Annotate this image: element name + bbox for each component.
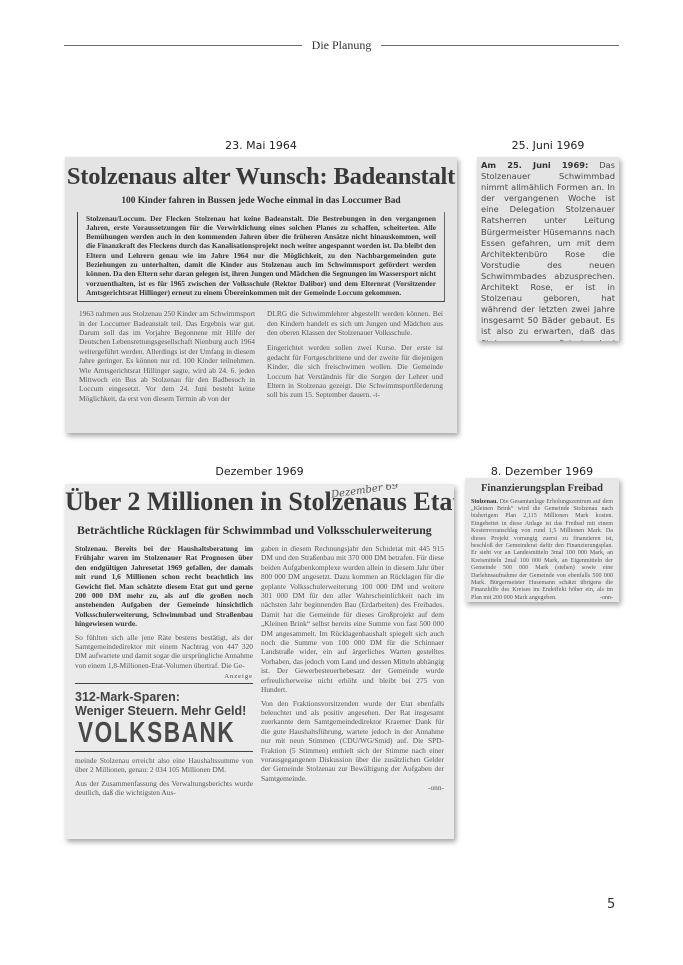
advertisement-label: Anzeige <box>75 672 253 681</box>
page-number: 5 <box>607 897 615 912</box>
clipping-1-paragraph: 1963 nahmen aus Stolzenau 250 Kinder am … <box>79 309 255 403</box>
volksbank-advertisement: 312-Mark-Sparen: Weniger Steuern. Mehr G… <box>75 683 253 752</box>
clipping-2-text: Das Stolzenauer Schwimmbad nimmt allmähl… <box>481 160 615 341</box>
ad-line-1: 312-Mark-Sparen: <box>75 690 253 704</box>
clipping-4-body: Stolzenau. Die Gesamtanlage Erholungszen… <box>465 495 619 603</box>
clipping-2-lead: Am 25. Juni 1969: <box>481 160 588 170</box>
clipping-1-columns: 1963 nahmen aus Stolzenau 250 Kinder am … <box>65 302 457 403</box>
clipping-3-paragraph: Von den Fraktionsvorsitzenden wurde der … <box>261 699 444 784</box>
running-head-rule-right <box>381 45 619 46</box>
clipping-1-subhead: 100 Kinder fahren in Bussen jede Woche e… <box>65 196 457 206</box>
clipping-3-headline-wrap: Über 2 Millionen in Stolzenaus Etat Deze… <box>65 489 454 515</box>
clipping-4-headline: Finanzierungsplan Freibad <box>465 484 619 495</box>
clipping-1-paragraph: Eingerichtet werden sollen zwei Kurse. D… <box>267 343 443 399</box>
clipping-4-newspaper-article: Finanzierungsplan Freibad Stolzenau. Die… <box>465 478 619 602</box>
clipping-3-paragraph: Stolzenau. Bereits bei der Haushaltsbera… <box>75 544 253 629</box>
clipping-1-paragraph: DLRG die Schwimmlehrer abgestellt werden… <box>267 309 443 337</box>
running-head: Die Planung <box>64 36 619 54</box>
clipping-3-paragraph: gaben in diesem Rechnungsjahr den Schule… <box>261 544 444 695</box>
clipping-4-signature: -onn- <box>600 595 613 602</box>
clipping-4-lead: Stolzenau. <box>471 499 498 505</box>
clipping-2-date-caption: 25. Juni 1969 <box>477 139 619 152</box>
clipping-1-intro-text: Stolzenau/Loccum. Der Flecken Stolzenau … <box>86 214 436 298</box>
ad-brand-name: VOLKSBANK <box>78 721 235 745</box>
clipping-3-paragraph: meinde Stolzenau erreicht also eine Haus… <box>75 756 253 775</box>
clipping-1-column-left: 1963 nahmen aus Stolzenau 250 Kinder am … <box>79 309 255 403</box>
clipping-4-date-caption: 8. Dezember 1969 <box>465 465 619 478</box>
clipping-2-newspaper-article: Am 25. Juni 1969: Das Stolzenauer Schwim… <box>477 157 619 341</box>
running-head-rule-left <box>64 45 302 46</box>
clipping-3-signature: -onn- <box>261 783 444 792</box>
clipping-3-date-caption: Dezember 1969 <box>65 465 454 478</box>
clipping-3-columns: Stolzenau. Bereits bei der Haushaltsbera… <box>65 538 454 797</box>
clipping-3-paragraph: Aus der Zusammenfassung des Verwaltungsb… <box>75 779 253 798</box>
ad-brand: VOLKSBANK <box>75 721 253 745</box>
clipping-1-headline: Stolzenaus alter Wunsch: Badeanstalt <box>65 165 457 190</box>
clipping-1-column-right: DLRG die Schwimmlehrer abgestellt werden… <box>267 309 443 403</box>
clipping-4-text: Die Gesamtanlage Erholungszentrum auf de… <box>471 499 613 601</box>
clipping-1-date-caption: 23. Mai 1964 <box>65 139 457 152</box>
running-head-title: Die Planung <box>312 38 372 53</box>
clipping-3-paragraph: So fühlten sich alle jene Räte bestens b… <box>75 633 253 671</box>
clipping-3-column-right: gaben in diesem Rechnungsjahr den Schule… <box>261 544 444 797</box>
clipping-1-newspaper-article: Stolzenaus alter Wunsch: Badeanstalt 100… <box>65 157 457 433</box>
clipping-3-newspaper-article: Über 2 Millionen in Stolzenaus Etat Deze… <box>65 484 454 839</box>
ad-line-2: Weniger Steuern. Mehr Geld! <box>75 704 253 718</box>
clipping-1-intro-box: Stolzenau/Loccum. Der Flecken Stolzenau … <box>77 212 445 303</box>
clipping-3-column-left: Stolzenau. Bereits bei der Haushaltsbera… <box>75 544 253 797</box>
clipping-3-subhead: Beträchtliche Rücklagen für Schwimmbad u… <box>65 523 454 538</box>
clipping-2-body: Am 25. Juni 1969: Das Stolzenauer Schwim… <box>477 157 619 341</box>
